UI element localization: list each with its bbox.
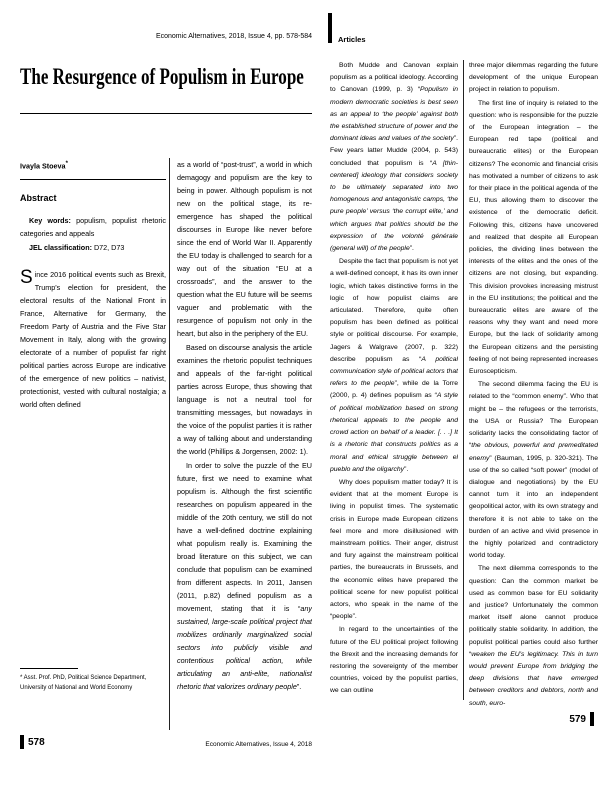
author-rule (20, 179, 166, 180)
footnote-block: * Asst. Prof. PhD, Political Science Dep… (20, 668, 166, 693)
running-head: Economic Alternatives, 2018, Issue 4, pp… (20, 33, 312, 40)
page-number-text: 579 (565, 714, 590, 725)
left-column-divider (169, 158, 170, 730)
body-paragraph: Based on discourse analysis the article … (177, 341, 312, 458)
jel-paragraph: JEL classification: D72, D73 (20, 241, 166, 254)
author-name: Ivayla Stoeva* (20, 158, 166, 172)
author-footnote-mark: * (66, 161, 68, 167)
keywords-paragraph: Key words: populism, populist rhetoric c… (20, 214, 166, 240)
intro-rest: ince 2016 political events such as Brexi… (20, 270, 166, 409)
body-paragraph: The next dilemma corresponds to the ques… (469, 563, 598, 708)
journal-footer: Economic Alternatives, Issue 4, 2018 (20, 741, 312, 748)
right-column-1: Both Mudde and Canovan explain populism … (330, 60, 458, 712)
articles-section-bar (328, 13, 332, 43)
body-paragraph: Both Mudde and Canovan explain populism … (330, 60, 458, 255)
body-paragraph: Despite the fact that populism is not ye… (330, 256, 458, 476)
body-paragraph: as a world of “post-trust”, a world in w… (177, 158, 312, 340)
right-column-divider (463, 60, 464, 700)
body-paragraph: In regard to the uncertainties of the fu… (330, 624, 458, 697)
page-number-right: 579 (565, 712, 594, 726)
page-number-bar (590, 712, 594, 726)
body-paragraph: three major dilemmas regarding the futur… (469, 60, 598, 97)
author-name-text: Ivayla Stoeva (20, 161, 66, 170)
article-title: The Resurgence of Populism in Europe (20, 64, 304, 90)
intro-paragraph: Since 2016 political events such as Brex… (20, 268, 166, 411)
drop-cap: S (20, 268, 35, 286)
right-column-2: three major dilemmas regarding the futur… (469, 60, 598, 708)
left-column-1: Ivayla Stoeva* Abstract Key words: popul… (20, 158, 166, 663)
articles-section-label: Articles (338, 35, 366, 44)
body-paragraph: Why does populism matter today? It is ev… (330, 477, 458, 623)
footnote-text: * Asst. Prof. PhD, Political Science Dep… (20, 673, 166, 693)
left-column-2: as a world of “post-trust”, a world in w… (177, 158, 312, 732)
body-paragraph: The first line of inquiry is related to … (469, 98, 598, 379)
title-rule (20, 113, 312, 114)
body-paragraph: The second dilemma facing the EU is rela… (469, 379, 598, 562)
body-paragraph: In order to solve the puzzle of the EU f… (177, 459, 312, 693)
abstract-heading: Abstract (20, 193, 166, 203)
footnote-rule (20, 668, 78, 669)
